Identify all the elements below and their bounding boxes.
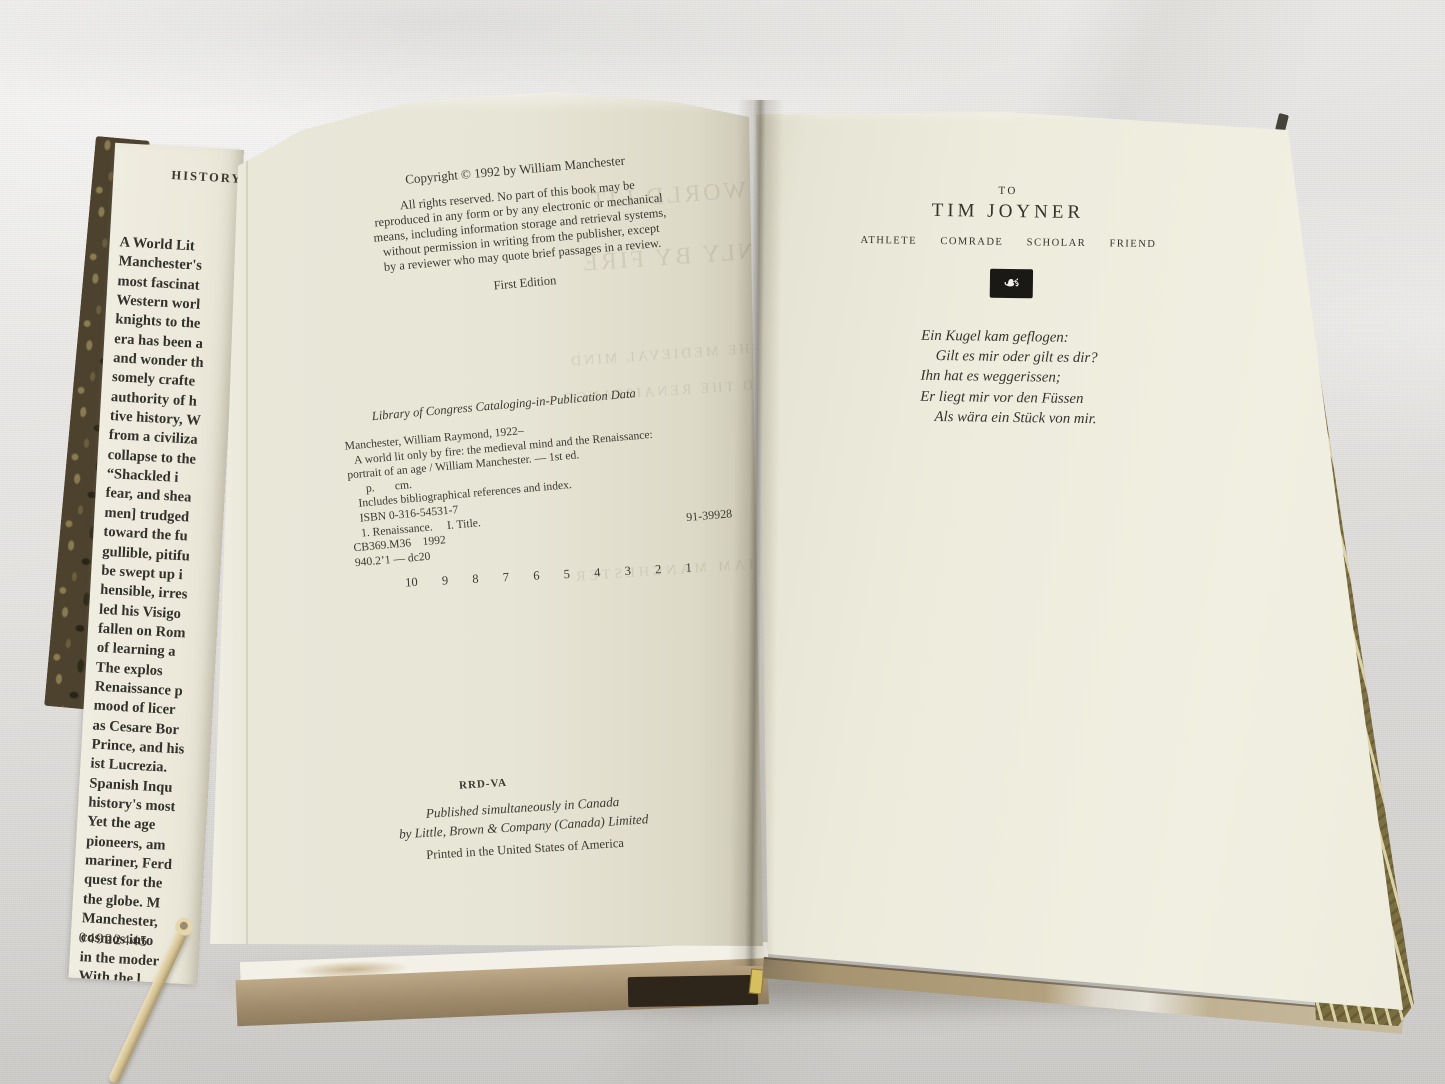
- dedication-title: SCHOLAR: [1027, 237, 1087, 249]
- dedication-title: FRIEND: [1109, 238, 1156, 250]
- copyright-page: A WORLD LIT ONLY BY FIRE THE MEDIEVAL MI…: [200, 86, 766, 962]
- poem-line: Ein Kugel kam geflogen:: [921, 326, 1098, 349]
- spine-gap-dark: [628, 975, 759, 1007]
- german-epigraph: Ein Kugel kam geflogen: Gilt es mir oder…: [920, 326, 1098, 429]
- dedication-title: COMRADE: [940, 236, 1003, 248]
- flap-category-label: HISTORY: [171, 168, 243, 187]
- poem-line: Als wära ein Stück von mir.: [920, 407, 1097, 430]
- printer-code: RRD-VA: [459, 777, 508, 792]
- cataloging-block: Library of Congress Cataloging-in-Public…: [324, 379, 728, 572]
- publisher-colophon-icon: ❧: [990, 269, 1033, 299]
- open-book-photo: HISTORY A World LitManchester'smost fasc…: [0, 0, 1445, 1084]
- colophon-glyph: ❧: [1002, 273, 1020, 294]
- dedication-name: TIM JOYNER: [893, 199, 1123, 224]
- dedication-to: TO: [953, 184, 1063, 198]
- copyright-block: Copyright © 1992 by William Manchester A…: [315, 145, 725, 308]
- loc-data: Manchester, William Raymond, 1922– A wor…: [344, 407, 728, 570]
- jacket-corner-notch: [1275, 113, 1289, 132]
- show-through-text: THE MEDIEVAL MIND: [568, 341, 762, 370]
- poem-line: Er liegt mir vor den Füssen: [920, 386, 1097, 409]
- dedication-content: TO TIM JOYNER ATHLETE COMRADE SCHOLAR FR…: [742, 93, 1420, 1032]
- dedication-titles: ATHLETE COMRADE SCHOLAR FRIEND: [860, 235, 1156, 250]
- poem-line: Gilt es mir oder gilt es dir?: [921, 346, 1098, 369]
- dedication-page: TO TIM JOYNER ATHLETE COMRADE SCHOLAR FR…: [748, 98, 1413, 1028]
- poem-line: Ihn hat es weggerissen;: [920, 366, 1097, 389]
- dedication-title: ATHLETE: [860, 235, 917, 247]
- printing-number-line: 10 9 8 7 6 5 4 3 2 1: [405, 561, 692, 591]
- imprint-block: RRD-VA Published simultaneously in Canad…: [330, 754, 709, 777]
